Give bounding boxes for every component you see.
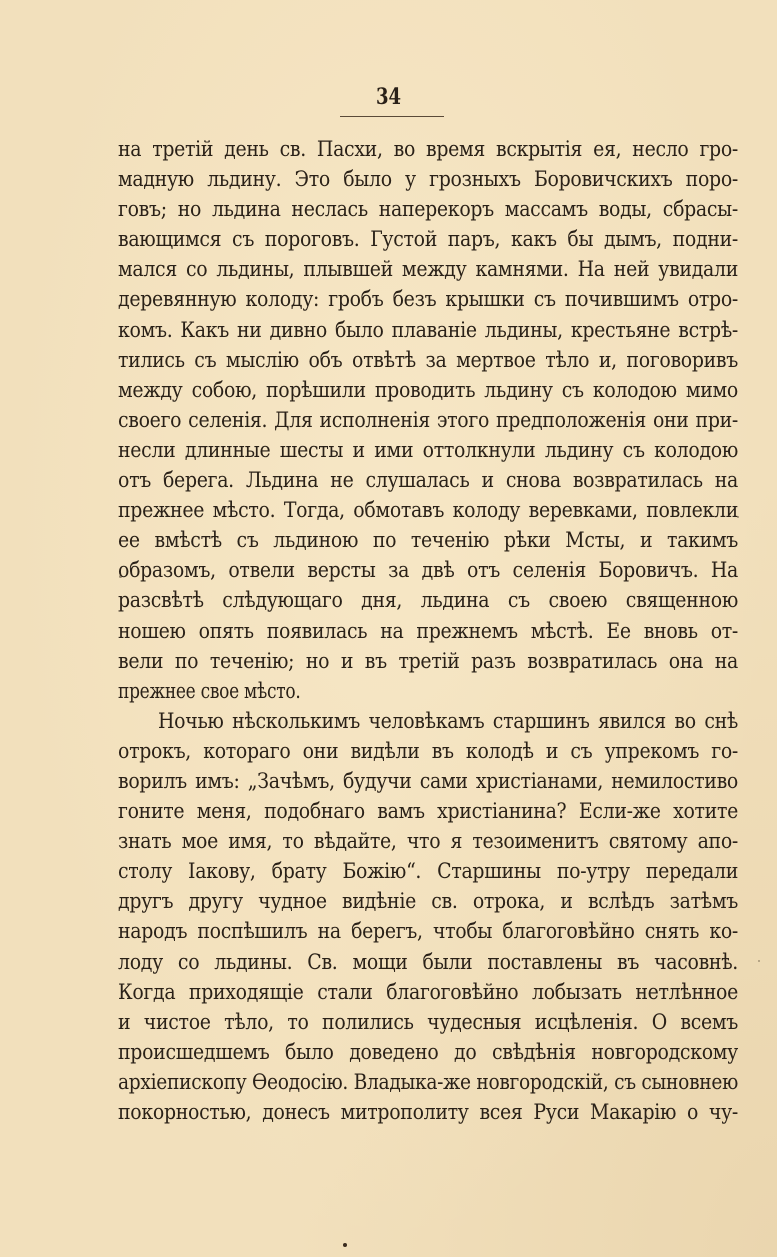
paper-speck: [758, 960, 760, 962]
text-line: разсвѣтѣ слѣдующаго дня, льдина съ своею…: [118, 585, 738, 615]
book-page: 34 на третій день св. Пасхи, во время вс…: [0, 0, 777, 1257]
text-line: и чистое тѣло, то полились чудесныя исцѣ…: [118, 1007, 738, 1037]
text-line: прежнее свое мѣсто.: [118, 676, 738, 706]
paper-speck: [343, 1243, 347, 1247]
text-line: говъ; но льдина неслась наперекоръ масса…: [118, 194, 738, 224]
text-line: отъ берега. Льдина не слушалась и снова …: [118, 465, 738, 495]
paper-speck: [737, 516, 739, 518]
text-line: на третій день св. Пасхи, во время вскры…: [118, 134, 738, 164]
header-rule: [340, 116, 444, 117]
text-line: вающимся съ пороговъ. Густой паръ, какъ …: [118, 224, 738, 254]
text-line: тились съ мыслію объ отвѣтѣ за мертвое т…: [118, 345, 738, 375]
text-line: прежнее мѣсто. Тогда, обмотавъ колоду ве…: [118, 495, 738, 525]
text-line: столу Іакову, брату Божію“. Старшины по-…: [118, 856, 738, 886]
text-line: покорностью, донесъ митрополиту всея Рус…: [118, 1097, 738, 1127]
text-line: знать мое имя, то вѣдайте, что я тезоиме…: [118, 826, 738, 856]
text-line: своего селенія. Для исполненія этого пре…: [118, 405, 738, 435]
text-line: Ночью нѣсколькимъ человѣкамъ старшинъ яв…: [118, 706, 738, 736]
text-line: ворилъ имъ: „Зачѣмъ, будучи сами христіа…: [118, 766, 738, 796]
paper-speck: [119, 575, 122, 578]
text-line: между собою, порѣшили проводить льдину с…: [118, 375, 738, 405]
text-line: гоните меня, подобнаго вамъ христіанина?…: [118, 796, 738, 826]
text-line: комъ. Какъ ни дивно было плаваніе льдины…: [118, 315, 738, 345]
text-line: ношею опять появилась на прежнемъ мѣстѣ.…: [118, 616, 738, 646]
text-line: мался со льдины, плывшей между камнями. …: [118, 254, 738, 284]
text-line: отрокъ, котораго они видѣли въ колодѣ и …: [118, 736, 738, 766]
body-text: на третій день св. Пасхи, во время вскры…: [118, 134, 738, 1127]
page-number: 34: [70, 84, 707, 110]
text-line: мадную льдину. Это было у грозныхъ Боров…: [118, 164, 738, 194]
text-line: деревянную колоду: гробъ безъ крышки съ …: [118, 284, 738, 314]
text-line: народъ поспѣшилъ на берегъ, чтобы благог…: [118, 916, 738, 946]
text-line: образомъ, отвели версты за двѣ отъ селен…: [118, 555, 738, 585]
text-line: другъ другу чудное видѣніе св. отрока, и…: [118, 886, 738, 916]
text-line: вели по теченію; но и въ третій разъ воз…: [118, 646, 738, 676]
text-line: архіепископу Ѳеодосію. Владыка-же новгор…: [118, 1067, 738, 1097]
text-line: ее вмѣстѣ съ льдиною по теченію рѣки Мст…: [118, 525, 738, 555]
text-line: лоду со льдины. Св. мощи были поставлены…: [118, 947, 738, 977]
text-line: несли длинные шесты и ими оттолкнули льд…: [118, 435, 738, 465]
text-line: происшедшемъ было доведено до свѣдѣнія н…: [118, 1037, 738, 1067]
text-line: Когда приходящіе стали благоговѣйно лобы…: [118, 977, 738, 1007]
